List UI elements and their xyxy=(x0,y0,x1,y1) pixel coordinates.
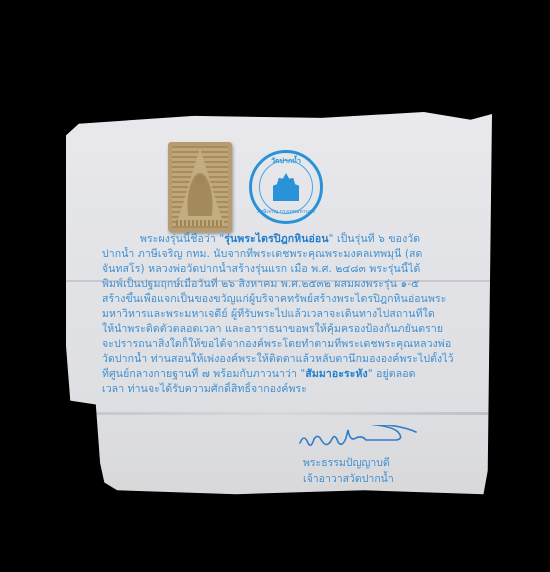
signature-icon xyxy=(295,425,445,455)
amulet-base xyxy=(176,220,224,226)
certificate-line: เวลา ท่านจะได้รับความศักดิ์สิทธิ์จากองค์… xyxy=(102,382,490,397)
line-text: วัดปากน้ำ ท่านสอนให้เพ่งองค์พระให้ติดตาแ… xyxy=(102,353,454,365)
certificate-line: จะปรารถนาสิ่งใดก็ให้ขอได้จากองค์พระโดยทำ… xyxy=(102,337,490,352)
line-text: จันทสโร) หลวงพ่อวัดปากน้ำสร้างรุ่นแรก เม… xyxy=(102,263,420,275)
line-text: " อยู่ตลอด xyxy=(368,368,416,380)
line-text: สร้างขึ้นเพื่อแจกเป็นของขวัญแก่ผู้บริจาค… xyxy=(102,293,446,305)
temple-seal-stamp: วัดปากน้ำ ภาษีเจริญ กรุงเทพมหานคร xyxy=(249,150,323,224)
seal-bottom-text: ภาษีเจริญ กรุงเทพมหานคร xyxy=(252,208,320,216)
certificate-line: ให้นำพระติดตัวตลอดเวลา และอาราธนาขอพรให้… xyxy=(102,322,490,337)
certificate-line: ปากน้ำ ภาษีเจริญ กทม. นับจากที่พระเดชพระ… xyxy=(102,247,490,262)
signatory-title: เจ้าอาวาสวัดปากน้ำ xyxy=(303,471,394,487)
highlighted-title: รุ่นพระไตรปิฎกหินอ่อน xyxy=(224,233,328,245)
certificate-line: พระผงรุ่นนี้ชื่อว่า "รุ่นพระไตรปิฎกหินอ่… xyxy=(102,232,490,247)
certificate-line: พิมพ์เป็นปฐมฤกษ์เมื่อวันที่ ๒๖ สิงหาคม พ… xyxy=(102,277,490,292)
line-text: ที่ศูนย์กลางกายฐานที่ ๗ พร้อมกับภาวนาว่า… xyxy=(102,368,305,380)
certificate-line: สร้างขึ้นเพื่อแจกเป็นของขวัญแก่ผู้บริจาค… xyxy=(102,292,490,307)
certificate-line: มหาวิหารและพระมหาเจดีย์ ผู้ที่รับพระไปแล… xyxy=(102,307,490,322)
signatory-name: พระธรรมปัญญาบดี xyxy=(303,455,394,471)
temple-emblem-icon xyxy=(273,173,299,201)
line-text: มหาวิหารและพระมหาเจดีย์ ผู้ที่รับพระไปแล… xyxy=(102,308,435,320)
certificate-line: ที่ศูนย์กลางกายฐานที่ ๗ พร้อมกับภาวนาว่า… xyxy=(102,367,490,382)
line-text: พิมพ์เป็นปฐมฤกษ์เมื่อวันที่ ๒๖ สิงหาคม พ… xyxy=(102,278,419,290)
line-text: พระผงรุ่นนี้ชื่อว่า " xyxy=(140,233,224,245)
line-text: ให้นำพระติดตัวตลอดเวลา และอาราธนาขอพรให้… xyxy=(102,323,443,335)
certificate-line: วัดปากน้ำ ท่านสอนให้เพ่งองค์พระให้ติดตาแ… xyxy=(102,352,490,367)
signatory-block: พระธรรมปัญญาบดี เจ้าอาวาสวัดปากน้ำ xyxy=(303,455,394,487)
line-text: " เป็นรุ่นที่ ๖ ของวัด xyxy=(329,233,421,245)
line-text: เวลา ท่านจะได้รับความศักดิ์สิทธิ์จากองค์… xyxy=(102,383,307,395)
seated-buddha-icon xyxy=(187,172,213,216)
highlighted-title: สัมมาอะระหัง xyxy=(305,368,367,380)
seal-inner-ring xyxy=(259,160,313,214)
line-text: ปากน้ำ ภาษีเจริญ กทม. นับจากที่พระเดชพระ… xyxy=(102,248,422,260)
buddha-amulet xyxy=(168,142,232,232)
certificate-line: จันทสโร) หลวงพ่อวัดปากน้ำสร้างรุ่นแรก เม… xyxy=(102,262,490,277)
line-text: จะปรารถนาสิ่งใดก็ให้ขอได้จากองค์พระโดยทำ… xyxy=(102,338,451,350)
certificate-body-text: พระผงรุ่นนี้ชื่อว่า "รุ่นพระไตรปิฎกหินอ่… xyxy=(102,232,490,397)
